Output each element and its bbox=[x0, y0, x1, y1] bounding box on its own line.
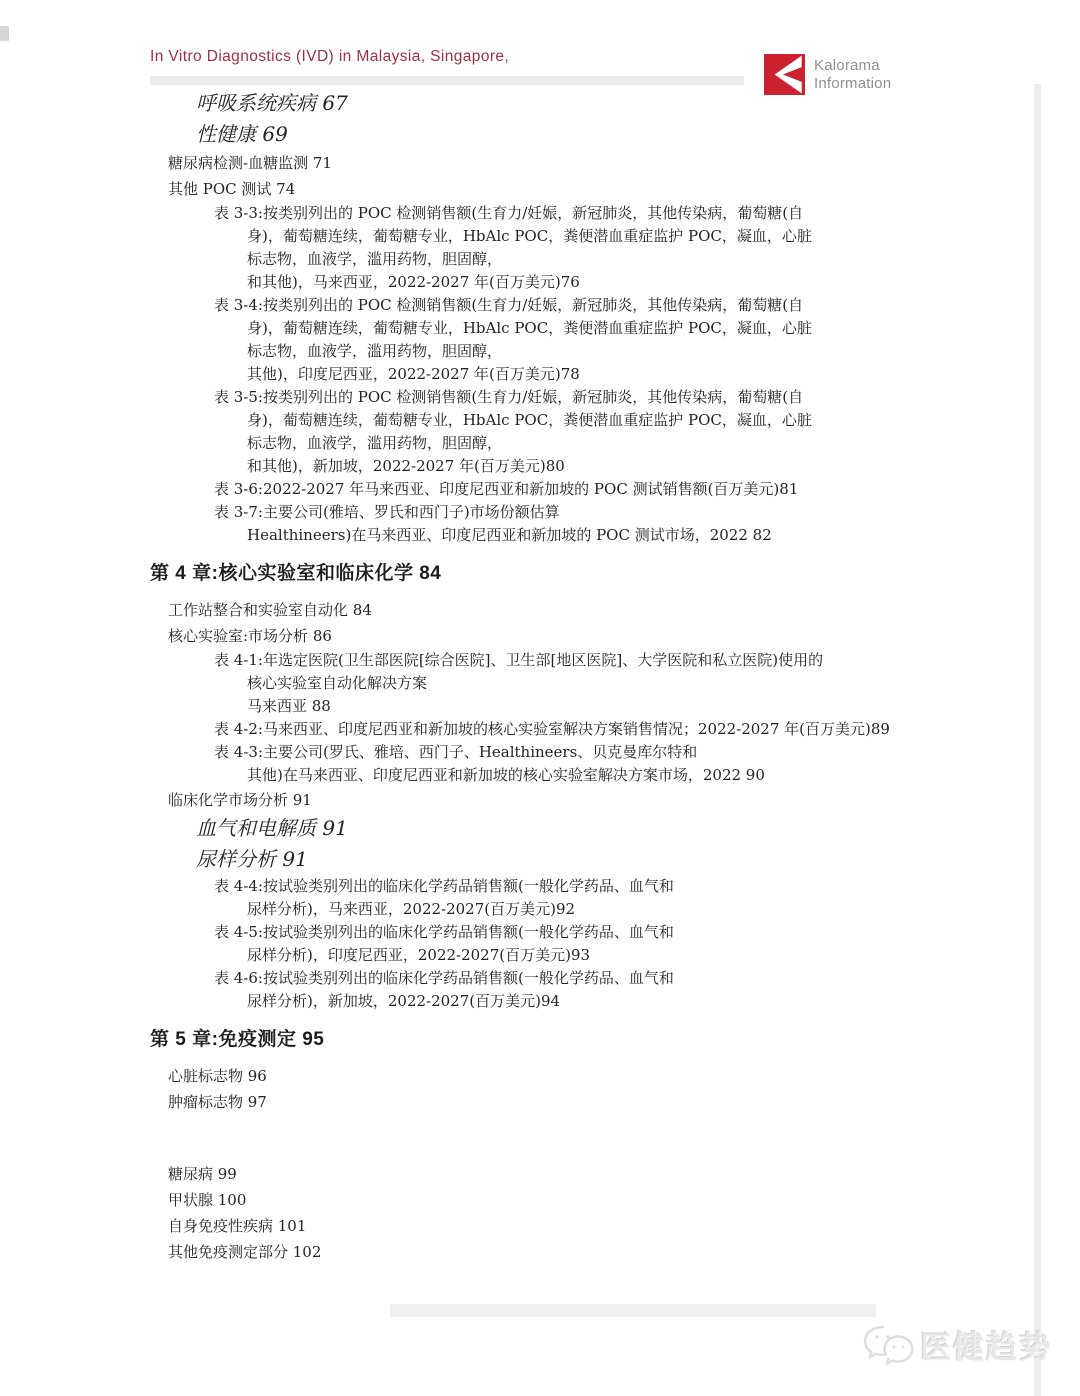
toc-line: 和其他)，新加坡，2022-2027 年(百万美元)80 bbox=[247, 455, 950, 478]
toc-line: 马来西亚 88 bbox=[247, 695, 950, 718]
toc-line: 表 3-5:按类别列出的 POC 检测销售额(生育力/妊娠，新冠肺炎，其他传染病… bbox=[214, 386, 950, 409]
toc-line: 表 4-3:主要公司(罗氏、雅培、西门子、Healthineers、贝克曼库尔特… bbox=[214, 741, 950, 764]
toc-line: 心脏标志物 96 bbox=[168, 1063, 950, 1089]
toc-line: 表 4-2:马来西亚、印度尼西亚和新加坡的核心实验室解决方案销售情况；2022-… bbox=[214, 718, 950, 741]
toc-line: 自身免疫性疾病 101 bbox=[168, 1213, 950, 1239]
toc-line: 尿样分析)，马来西亚，2022-2027(百万美元)92 bbox=[247, 898, 950, 921]
toc-line: 尿样分析)，新加坡，2022-2027(百万美元)94 bbox=[247, 990, 950, 1013]
toc-line: 表 3-7:主要公司(雅培、罗氏和西门子)市场份额估算 bbox=[214, 501, 950, 524]
toc-line: 表 4-4:按试验类别列出的临床化学药品销售额(一般化学药品、血气和 bbox=[214, 875, 950, 898]
toc-line: 肿瘤标志物 97 bbox=[168, 1089, 950, 1115]
wechat-icon bbox=[862, 1323, 914, 1367]
toc-line: 标志物，血液学，滥用药物，胆固醇， bbox=[247, 248, 950, 271]
toc-chapter-heading: 第 4 章:核心实验室和临床化学 84 bbox=[150, 562, 950, 586]
toc-chapter-heading: 第 5 章:免疫测定 95 bbox=[150, 1028, 950, 1052]
header-divider bbox=[150, 76, 744, 85]
running-title: In Vitro Diagnostics (IVD) in Malaysia, … bbox=[150, 48, 509, 66]
toc-line: 其他)在马来西亚、印度尼西亚和新加坡的核心实验室解决方案市场，2022 90 bbox=[247, 764, 950, 787]
toc-line: 甲状腺 100 bbox=[168, 1187, 950, 1213]
table-of-contents: 呼吸系统疾病 67性健康 69糖尿病检测-血糖监测 71其他 POC 测试 74… bbox=[150, 88, 950, 1265]
toc-line: 血气和电解质 91 bbox=[196, 813, 950, 844]
toc-line: 标志物，血液学，滥用药物，胆固醇， bbox=[247, 432, 950, 455]
toc-line: 工作站整合和实验室自动化 84 bbox=[168, 597, 950, 623]
toc-line: 尿样分析)，印度尼西亚，2022-2027(百万美元)93 bbox=[247, 944, 950, 967]
toc-line: 糖尿病检测-血糖监测 71 bbox=[168, 150, 950, 176]
document-page: In Vitro Diagnostics (IVD) in Malaysia, … bbox=[0, 0, 1080, 1396]
toc-gap bbox=[150, 1115, 950, 1161]
toc-line: 其他 POC 测试 74 bbox=[168, 176, 950, 202]
page-edge-shadow bbox=[1034, 84, 1041, 1396]
toc-line: 尿样分析 91 bbox=[196, 844, 950, 875]
toc-line: 糖尿病 99 bbox=[168, 1161, 950, 1187]
toc-line: 表 4-5:按试验类别列出的临床化学药品销售额(一般化学药品、血气和 bbox=[214, 921, 950, 944]
toc-line: 身)，葡萄糖连续，葡萄糖专业，HbAlc POC，粪便潜血重症监护 POC，凝血… bbox=[247, 409, 950, 432]
toc-line: 表 3-6:2022-2027 年马来西亚、印度尼西亚和新加坡的 POC 测试销… bbox=[214, 478, 950, 501]
bottom-scan-bar bbox=[390, 1304, 876, 1317]
watermark: 医健趋势 bbox=[862, 1322, 1052, 1367]
toc-line: 性健康 69 bbox=[196, 119, 950, 150]
toc-line: 其他免疫测定部分 102 bbox=[168, 1239, 950, 1265]
toc-line: 核心实验室:市场分析 86 bbox=[168, 623, 950, 649]
toc-line: 临床化学市场分析 91 bbox=[168, 787, 950, 813]
scan-corner-mark bbox=[0, 26, 9, 41]
toc-line: Healthineers)在马来西亚、印度尼西亚和新加坡的 POC 测试市场，2… bbox=[247, 524, 950, 547]
toc-line: 表 3-3:按类别列出的 POC 检测销售额(生育力/妊娠，新冠肺炎，其他传染病… bbox=[214, 202, 950, 225]
toc-line: 身)，葡萄糖连续，葡萄糖专业，HbAlc POC，粪便潜血重症监护 POC，凝血… bbox=[247, 317, 950, 340]
toc-line: 身)，葡萄糖连续，葡萄糖专业，HbAlc POC，粪便潜血重症监护 POC，凝血… bbox=[247, 225, 950, 248]
toc-line: 呼吸系统疾病 67 bbox=[196, 88, 950, 119]
toc-line: 表 4-1:年选定医院(卫生部医院[综合医院]、卫生部[地区医院]、大学医院和私… bbox=[214, 649, 950, 672]
kalorama-logo-line1: Kalorama bbox=[814, 57, 891, 75]
watermark-text: 医健趋势 bbox=[920, 1322, 1052, 1367]
toc-line: 表 3-4:按类别列出的 POC 检测销售额(生育力/妊娠，新冠肺炎，其他传染病… bbox=[214, 294, 950, 317]
toc-line: 和其他)，马来西亚，2022-2027 年(百万美元)76 bbox=[247, 271, 950, 294]
toc-line: 其他)，印度尼西亚，2022-2027 年(百万美元)78 bbox=[247, 363, 950, 386]
toc-line: 核心实验室自动化解决方案 bbox=[247, 672, 950, 695]
toc-line: 标志物，血液学，滥用药物，胆固醇， bbox=[247, 340, 950, 363]
toc-line: 表 4-6:按试验类别列出的临床化学药品销售额(一般化学药品、血气和 bbox=[214, 967, 950, 990]
